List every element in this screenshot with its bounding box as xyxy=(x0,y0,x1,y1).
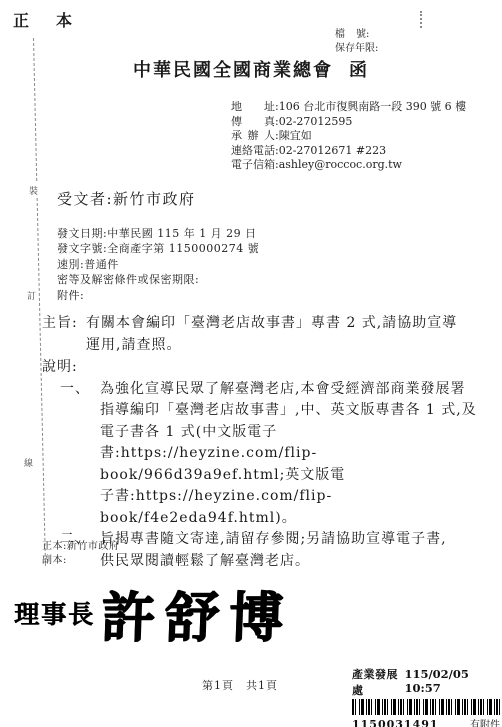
copy-type-label: 正本 xyxy=(13,8,99,31)
issue-date: 發文日期:中華民國 115 年 1 月 29 日 xyxy=(57,226,259,241)
priority: 速別:普通件 xyxy=(57,257,259,272)
file-number-label: 檔號 xyxy=(335,28,366,42)
stamp-office: 產業發展處 xyxy=(352,666,404,698)
item-1-text: 為強化宣導民眾了解臺灣老店,本會受經濟部商業發展署 指導編印「臺灣老店故事書」,… xyxy=(100,379,482,530)
barcode xyxy=(352,699,500,715)
stamp-footer-row: 1150031491 有附件 xyxy=(352,716,500,727)
phone-label: 連絡電話 xyxy=(231,144,275,159)
letter-body: 主旨: 有關本會編印「臺灣老店故事書」專書 2 式,請協助宣導 運用,請查照。 … xyxy=(42,313,482,572)
cc-copy: 副本: xyxy=(42,554,119,568)
address-label: 地址 xyxy=(231,100,275,115)
file-retention-block: 檔號: 保存年限: xyxy=(335,28,378,55)
organization-name: 中華民國全國商業總會 xyxy=(133,56,333,82)
issue-number: 發文字號:全商產字第 1150000274 號 xyxy=(57,241,259,256)
cc-original: 正本:新竹市政府 xyxy=(42,540,119,554)
contact-block: 地址:106 台北市復興南路一段 390 號 6 樓 傳真:02-2701259… xyxy=(231,100,466,173)
explanation-item-2: 二、 旨揭專書隨文寄達,請留存參閱;另請協助宣導電子書, 供民眾閱讀輕鬆了解臺灣… xyxy=(60,529,482,572)
stamp-header-row: 產業發展處 115/02/05 10:57 xyxy=(352,666,500,698)
explanation-label: 說明: xyxy=(42,357,482,379)
contact-row-address: 地址:106 台北市復興南路一段 390 號 6 樓 xyxy=(231,100,466,115)
signature-block: 理事長 許舒博 xyxy=(14,582,293,644)
stamp-attachment-note: 有附件 xyxy=(470,716,500,727)
classification: 密等及解密條件或保密期限: xyxy=(57,272,259,287)
contact-row-email: 電子信箱:ashley@roccoc.org.tw xyxy=(231,158,466,173)
subject-text: 有關本會編印「臺灣老店故事書」專書 2 式,請協助宣導 運用,請查照。 xyxy=(86,313,457,356)
explanation-item-1: 一、 為強化宣導民眾了解臺灣老店,本會受經濟部商業發展署 指導編印「臺灣老店故事… xyxy=(60,379,482,530)
stamp-number: 1150031491 xyxy=(352,718,439,727)
item-1-marker: 一、 xyxy=(60,379,100,530)
recipient-line: 受文者:新竹市政府 xyxy=(57,188,196,209)
email-label: 電子信箱 xyxy=(231,158,275,173)
subject-label: 主旨: xyxy=(42,313,86,356)
contact-row-phone: 連絡電話:02-27012671 #223 xyxy=(231,144,466,159)
cc-block: 正本:新竹市政府 副本: xyxy=(42,540,119,567)
binding-mark-xian: 線 xyxy=(24,455,33,470)
stamp-datetime: 115/02/05 10:57 xyxy=(404,667,500,695)
signer-name-calligraphy: 許舒博 xyxy=(100,575,295,652)
phone-value: :02-27012671 #223 xyxy=(275,144,386,157)
contact-person-value: :陳宜如 xyxy=(275,129,312,142)
binding-mark-ding: 訂 xyxy=(27,288,36,303)
file-number-row: 檔號: xyxy=(335,28,378,42)
page-number: 第1頁 共1頁 xyxy=(202,677,278,693)
attachment-field: 附件: xyxy=(57,288,259,303)
email-value: :ashley@roccoc.org.tw xyxy=(275,158,402,171)
document-title: 中華民國全國商業總會 函 xyxy=(0,56,502,82)
receiving-stamp: 產業發展處 115/02/05 10:57 1150031491 有附件 xyxy=(352,666,500,727)
item-2-text: 旨揭專書隨文寄達,請留存參閱;另請協助宣導電子書, 供民眾閱讀輕鬆了解臺灣老店。 xyxy=(100,529,482,572)
document-type: 函 xyxy=(349,56,369,82)
fold-mark xyxy=(420,11,422,28)
file-number-colon: : xyxy=(366,29,369,40)
contact-row-fax: 傳真:02-27012595 xyxy=(231,115,466,130)
subject-row: 主旨: 有關本會編印「臺灣老店故事書」專書 2 式,請協助宣導 運用,請查照。 xyxy=(42,313,482,356)
binding-mark-zhuang: 裝 xyxy=(29,183,38,198)
fax-label: 傳真 xyxy=(231,115,275,130)
contact-row-person: 承辦人:陳宜如 xyxy=(231,129,466,144)
signer-title: 理事長 xyxy=(14,595,95,631)
contact-person-label: 承辦人 xyxy=(231,129,275,144)
official-letter-page: 正本 檔號: 保存年限: 中華民國全國商業總會 函 地址:106 台北市復興南路… xyxy=(0,0,502,727)
retention-row: 保存年限: xyxy=(335,42,378,56)
explanation-items: 一、 為強化宣導民眾了解臺灣老店,本會受經濟部商業發展署 指導編印「臺灣老店故事… xyxy=(60,379,482,573)
metadata-block: 發文日期:中華民國 115 年 1 月 29 日 發文字號:全商產字第 1150… xyxy=(57,226,259,303)
fax-value: :02-27012595 xyxy=(275,115,352,128)
address-value: :106 台北市復興南路一段 390 號 6 樓 xyxy=(275,100,466,113)
